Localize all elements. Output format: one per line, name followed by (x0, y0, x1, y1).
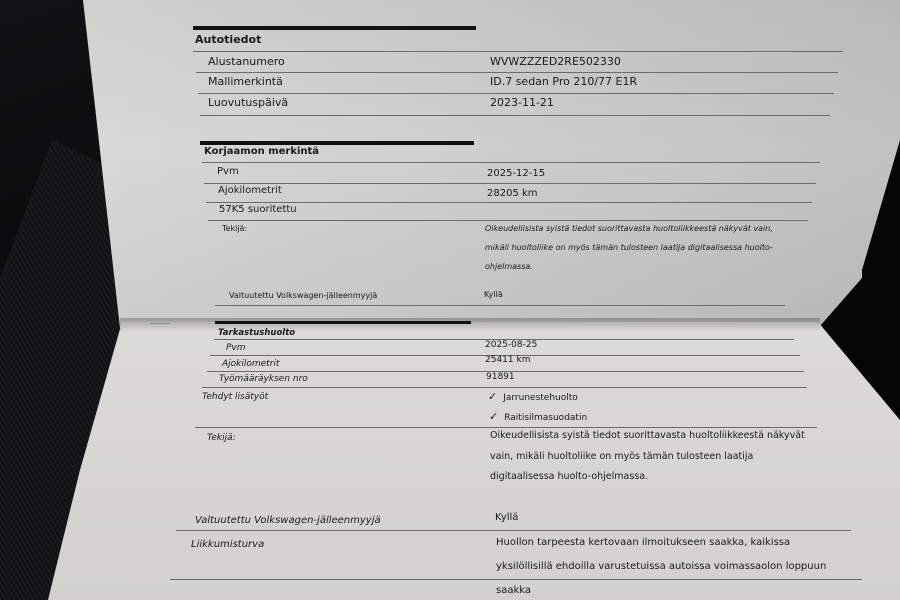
extra-work-label: Tehdyt lisätyöt (202, 392, 268, 402)
fold-mark (150, 323, 170, 324)
model-label: Mallimerkintä (208, 75, 283, 88)
inspection-performer-note: Oikeudellisista syistä tiedot suorittava… (490, 426, 820, 488)
workshop-entry-heading: Korjaamon merkintä (204, 146, 319, 157)
delivery-date-label: Luovutuspäivä (208, 96, 288, 109)
check-icon: ✓ (489, 410, 498, 423)
delivery-date-value: 2023-11-21 (490, 96, 554, 109)
inspection-dealer-value: Kyllä (495, 512, 518, 523)
divider (202, 162, 820, 163)
work-order-value: 91891 (486, 372, 515, 382)
mobility-label: Liikkumisturva (191, 539, 264, 550)
extra-work-item-1: ✓Jarrunestehuolto (488, 390, 578, 403)
inspection-mileage-value: 25411 km (485, 355, 530, 365)
workshop-dealer-label: Valtuutettu Volkswagen-jälleenmyyjä (229, 291, 377, 300)
extra-work-item-2: ✓Raitisilmasuodatin (489, 410, 587, 423)
workshop-performer-label: Tekijä: (222, 224, 247, 233)
work-order-label: Työmääräyksen nro (219, 374, 308, 384)
vin-value: WVWZZZED2RE502330 (490, 55, 621, 68)
divider (198, 93, 834, 94)
inspection-date-label: Pvm (226, 343, 246, 353)
workshop-date-label: Pvm (217, 166, 239, 177)
workshop-date-value: 2025-12-15 (487, 168, 545, 179)
vehicle-info-heading: Autotiedot (195, 33, 261, 46)
workshop-dealer-value: Kyllä (484, 290, 503, 299)
divider (204, 183, 816, 184)
inspection-performer-label: Tekijä: (207, 433, 236, 443)
inspection-heading: Tarkastushuolto (218, 328, 295, 338)
section-bar (215, 321, 471, 324)
inspection-dealer-label: Valtuutettu Volkswagen-jälleenmyyjä (195, 515, 381, 526)
service-57k5-label: 57K5 suoritettu (219, 204, 297, 215)
divider (206, 202, 812, 203)
divider (193, 51, 843, 52)
inspection-date-value: 2025-08-25 (485, 340, 537, 350)
divider (215, 305, 785, 306)
workshop-mileage-value: 28205 km (487, 188, 538, 199)
mobility-value: Huollon tarpeesta kertovaan ilmoitukseen… (496, 531, 836, 600)
extra-work-text: Jarrunestehuolto (503, 393, 578, 403)
model-value: ID.7 sedan Pro 210/77 E1R (490, 75, 637, 88)
vin-label: Alustanumero (208, 55, 285, 68)
section-bar (193, 26, 476, 30)
workshop-performer-note: Oikeudellisista syistä tiedot suorittava… (485, 219, 785, 276)
extra-work-text: Raitisilmasuodatin (504, 413, 587, 423)
divider (196, 72, 838, 73)
divider (202, 387, 807, 388)
divider (170, 579, 862, 580)
inspection-mileage-label: Ajokilometrit (222, 359, 279, 369)
workshop-mileage-label: Ajokilometrit (218, 185, 282, 196)
upper-page-shade (0, 0, 900, 330)
section-bar (200, 141, 474, 145)
divider (200, 115, 830, 116)
check-icon: ✓ (488, 390, 497, 403)
